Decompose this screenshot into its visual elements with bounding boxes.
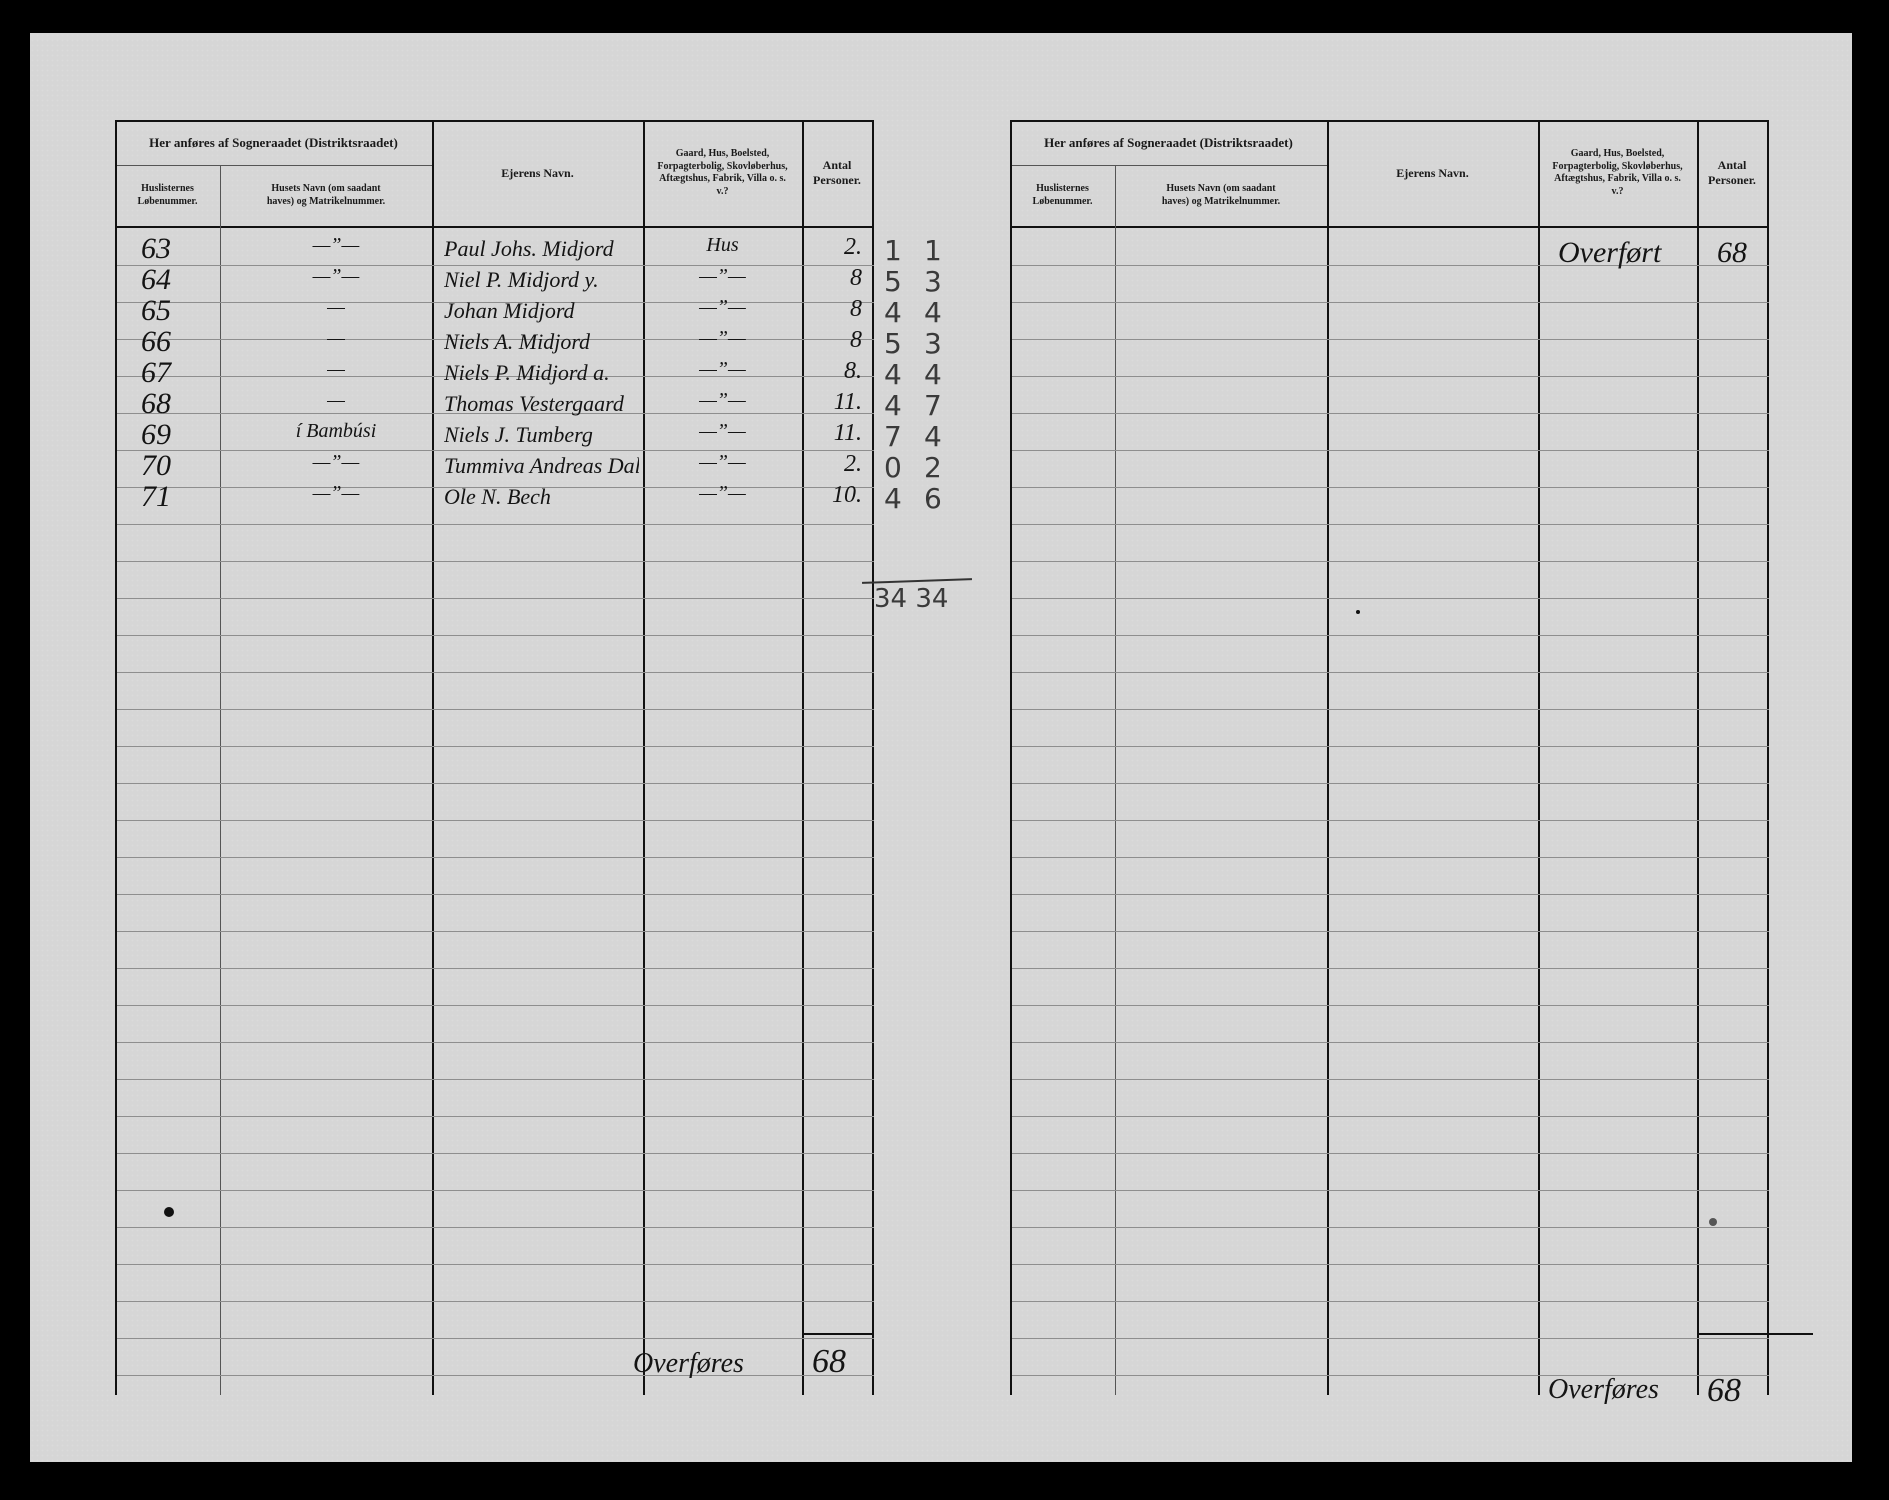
left-row-rule <box>117 1116 874 1117</box>
right-row-rule <box>1012 635 1769 636</box>
row-pencil-tally-b: 1 <box>924 234 942 267</box>
left-row-rule <box>117 857 874 858</box>
left-col-lobenummer: Huslisternes Løbenummer. <box>115 165 220 226</box>
left-row-rule <box>117 524 874 525</box>
ink-blot <box>1709 1218 1717 1226</box>
row-pencil-tally-a: 7 <box>884 420 902 453</box>
row-pencil-tally-b: 3 <box>924 327 942 360</box>
right-row-rule <box>1012 487 1769 488</box>
right-row-rule <box>1012 339 1769 340</box>
row-ejerens-navn: Niel P. Midjord y. <box>444 267 639 293</box>
left-row-rule <box>117 746 874 747</box>
row-pencil-tally-a: 4 <box>884 358 902 391</box>
left-right-border <box>872 120 874 1395</box>
left-row-rule <box>117 968 874 969</box>
left-col-antal: Antal Personer. <box>802 120 872 226</box>
left-header-bottom-border <box>115 226 874 228</box>
row-pencil-tally-b: 4 <box>924 296 942 329</box>
row-gaard-type: —”— <box>643 265 802 288</box>
right-col-ejerens-navn: Ejerens Navn. <box>1327 120 1538 226</box>
row-gaard-type: —”— <box>643 451 802 474</box>
right-group-title: Her anføres af Sogneraadet (Distriktsraa… <box>1010 122 1327 165</box>
left-row-rule <box>117 1264 874 1265</box>
row-lobenummer: 71 <box>141 480 171 514</box>
right-row-rule <box>1012 931 1769 932</box>
row-ejerens-navn: Paul Johs. Midjord <box>444 236 639 262</box>
right-col-antal: Antal Personer. <box>1697 120 1767 226</box>
left-row-rule <box>117 783 874 784</box>
right-row-rule <box>1012 413 1769 414</box>
row-ejerens-navn: Thomas Vestergaard <box>444 391 639 417</box>
right-footer-total: 68 <box>1707 1372 1741 1410</box>
right-footer-label: Overføres <box>1548 1374 1659 1406</box>
row-husets-navn: — <box>260 327 412 350</box>
right-row-rule <box>1012 450 1769 451</box>
right-row-rule <box>1012 1190 1769 1191</box>
row-gaard-type: —”— <box>643 482 802 505</box>
row-antal-personer: 8 <box>802 296 862 323</box>
left-row-rule <box>117 635 874 636</box>
left-footer-label: Overføres <box>633 1348 744 1380</box>
right-col-lobenummer: Huslisternes Løbenummer. <box>1010 165 1115 226</box>
row-ejerens-navn: Johan Midjord <box>444 298 639 324</box>
row-pencil-tally-b: 6 <box>924 482 942 515</box>
right-row-rule <box>1012 598 1769 599</box>
row-husets-navn: — <box>260 358 412 381</box>
left-col-ejerens-navn: Ejerens Navn. <box>432 120 643 226</box>
right-row-rule <box>1012 376 1769 377</box>
row-lobenummer: 70 <box>141 449 171 483</box>
row-gaard-type: Hus <box>643 234 802 257</box>
left-left-border <box>115 120 117 1395</box>
row-ejerens-navn: Tummiva Andreas Dalbø <box>444 453 639 479</box>
row-lobenummer: 66 <box>141 325 171 359</box>
left-row-rule <box>117 1375 874 1376</box>
right-total-box-top <box>1697 1333 1813 1335</box>
row-husets-navn: —”— <box>260 451 412 474</box>
right-row-rule <box>1012 1153 1769 1154</box>
left-row-rule <box>117 931 874 932</box>
row-antal-personer: 10. <box>802 482 862 509</box>
left-row-rule <box>117 1301 874 1302</box>
right-row-rule <box>1012 968 1769 969</box>
right-row-rule <box>1012 746 1769 747</box>
row-gaard-type: —”— <box>643 327 802 350</box>
row-pencil-tally-a: 0 <box>884 451 902 484</box>
row-ejerens-navn: Niels A. Midjord <box>444 329 639 355</box>
right-row-rule <box>1012 1079 1769 1080</box>
row-antal-personer: 8 <box>802 327 862 354</box>
row-pencil-tally-a: 5 <box>884 327 902 360</box>
left-col-divider-1 <box>220 165 221 1395</box>
row-lobenummer: 69 <box>141 418 171 452</box>
pencil-tally-total: 34 34 <box>874 584 948 614</box>
row-antal-personer: 8. <box>802 358 862 385</box>
left-row-rule <box>117 1005 874 1006</box>
right-row-rule <box>1012 561 1769 562</box>
right-carried-over-total: 68 <box>1717 236 1747 270</box>
row-lobenummer: 65 <box>141 294 171 328</box>
left-col-divider-2 <box>432 120 434 1395</box>
right-row-rule <box>1012 1338 1769 1339</box>
row-pencil-tally-b: 7 <box>924 389 942 422</box>
row-antal-personer: 11. <box>802 389 862 416</box>
left-row-rule <box>117 1042 874 1043</box>
right-col-gaard: Gaard, Hus, Boelsted, Forpagterbolig, Sk… <box>1538 120 1697 226</box>
ink-blot <box>164 1207 174 1217</box>
left-row-rule <box>117 1338 874 1339</box>
row-pencil-tally-a: 4 <box>884 389 902 422</box>
row-lobenummer: 64 <box>141 263 171 297</box>
right-header-bottom-border <box>1010 226 1769 228</box>
row-gaard-type: —”— <box>643 389 802 412</box>
row-lobenummer: 68 <box>141 387 171 421</box>
row-pencil-tally-b: 4 <box>924 358 942 391</box>
row-pencil-tally-a: 4 <box>884 296 902 329</box>
row-husets-navn: í Bambúsi <box>260 420 412 443</box>
left-footer-total: 68 <box>812 1343 846 1381</box>
right-row-rule <box>1012 524 1769 525</box>
row-pencil-tally-b: 4 <box>924 420 942 453</box>
right-left-border <box>1010 120 1012 1395</box>
row-pencil-tally-a: 5 <box>884 265 902 298</box>
left-row-rule <box>117 1153 874 1154</box>
left-col-gaard: Gaard, Hus, Boelsted, Forpagterbolig, Sk… <box>643 120 802 226</box>
right-row-rule <box>1012 1264 1769 1265</box>
row-gaard-type: —”— <box>643 296 802 319</box>
row-husets-navn: — <box>260 389 412 412</box>
left-row-rule <box>117 709 874 710</box>
row-antal-personer: 2. <box>802 234 862 261</box>
left-row-rule <box>117 1227 874 1228</box>
left-row-rule <box>117 598 874 599</box>
right-row-rule <box>1012 820 1769 821</box>
row-antal-personer: 11. <box>802 420 862 447</box>
right-row-rule <box>1012 302 1769 303</box>
right-right-border <box>1767 120 1769 1395</box>
right-row-rule <box>1012 857 1769 858</box>
right-col-divider-4 <box>1697 120 1699 1395</box>
right-row-rule <box>1012 1227 1769 1228</box>
left-row-rule <box>117 672 874 673</box>
row-antal-personer: 8 <box>802 265 862 292</box>
right-row-rule <box>1012 783 1769 784</box>
row-lobenummer: 63 <box>141 232 171 266</box>
row-antal-personer: 2. <box>802 451 862 478</box>
left-total-box-top <box>802 1333 874 1335</box>
left-group-title: Her anføres af Sogneraadet (Distriktsraa… <box>115 122 432 165</box>
row-gaard-type: —”— <box>643 420 802 443</box>
right-col-divider-1 <box>1115 165 1116 1395</box>
row-husets-navn: —”— <box>260 265 412 288</box>
left-row-rule <box>117 1190 874 1191</box>
right-row-rule <box>1012 1005 1769 1006</box>
right-row-rule <box>1012 672 1769 673</box>
row-husets-navn: —”— <box>260 482 412 505</box>
row-ejerens-navn: Ole N. Bech <box>444 484 639 510</box>
left-row-rule <box>117 820 874 821</box>
right-col-husets-navn: Husets Navn (om saadant haves) og Matrik… <box>1115 165 1327 226</box>
right-col-divider-2 <box>1327 120 1329 1395</box>
row-ejerens-navn: Niels J. Tumberg <box>444 422 639 448</box>
right-row-rule <box>1012 1042 1769 1043</box>
left-row-rule <box>117 561 874 562</box>
right-row-rule <box>1012 709 1769 710</box>
row-husets-navn: —”— <box>260 234 412 257</box>
right-col-divider-3 <box>1538 120 1540 1395</box>
right-row-rule <box>1012 894 1769 895</box>
ink-speck <box>1356 610 1360 614</box>
right-row-rule <box>1012 1116 1769 1117</box>
left-row-rule <box>117 1079 874 1080</box>
row-pencil-tally-b: 2 <box>924 451 942 484</box>
row-lobenummer: 67 <box>141 356 171 390</box>
row-pencil-tally-a: 1 <box>884 234 902 267</box>
row-pencil-tally-b: 3 <box>924 265 942 298</box>
row-ejerens-navn: Niels P. Midjord a. <box>444 360 639 386</box>
row-husets-navn: — <box>260 296 412 319</box>
right-carried-over-label: Overført <box>1558 236 1661 270</box>
row-gaard-type: —”— <box>643 358 802 381</box>
left-row-rule <box>117 894 874 895</box>
right-row-rule <box>1012 1301 1769 1302</box>
left-col-husets-navn: Husets Navn (om saadant haves) og Matrik… <box>220 165 432 226</box>
row-pencil-tally-a: 4 <box>884 482 902 515</box>
